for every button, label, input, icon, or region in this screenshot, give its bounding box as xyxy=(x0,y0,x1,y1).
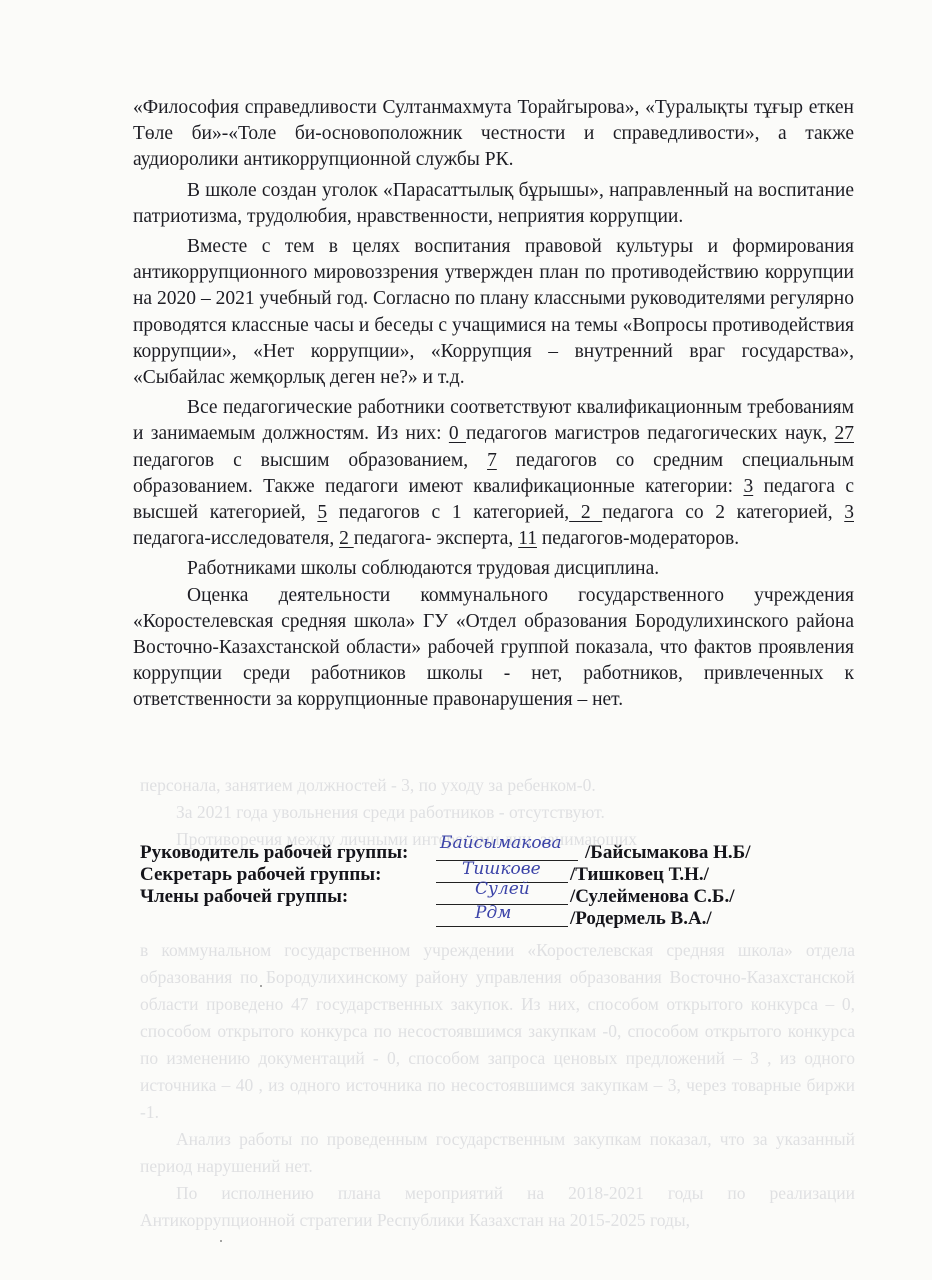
text: педагога со 2 категорией, xyxy=(602,502,844,523)
paragraph-labor-discipline: Работниками школы соблюдаются трудовая д… xyxy=(133,556,854,582)
count-masters: 0 xyxy=(449,423,466,444)
scan-speck xyxy=(260,985,262,987)
text: педагогов магистров педагогических наук, xyxy=(466,423,835,444)
ghost-line: За 2021 года увольнения среди работников… xyxy=(140,799,855,826)
handwritten-signature: Тишкове xyxy=(462,858,541,880)
paragraph-integrity-corner: В школе создан уголок «Парасаттылық бұры… xyxy=(133,178,854,230)
signatory-name: /Тишковец Т.Н./ xyxy=(570,864,709,886)
paragraph-staff-qualifications: Все педагогические работники соответству… xyxy=(133,395,854,552)
document-body: «Философия справедливости Султанмахмута … xyxy=(133,95,854,714)
handwritten-signature: Сулей xyxy=(475,878,530,900)
paragraph-evaluation-conclusion: Оценка деятельности коммунального госуда… xyxy=(133,583,854,714)
signatory-name: /Родермель В.А./ xyxy=(570,908,712,930)
ghost-line: персонала, занятием должностей - 3, по у… xyxy=(140,772,855,799)
text: педагогов с 1 категорией, xyxy=(327,502,569,523)
count-special-education: 7 xyxy=(487,450,497,471)
signatory-name: /Байсымакова Н.Б/ xyxy=(585,842,750,864)
count-experts: 2 xyxy=(339,528,354,549)
text: педагогов-модераторов. xyxy=(537,528,739,549)
paragraph-anticorruption-plan: Вместе с тем в целях воспитания правовой… xyxy=(133,234,854,391)
signature-role: Секретарь рабочей группы: xyxy=(140,864,381,886)
signature-row-member-2: Рдм /Родермель В.А./ xyxy=(140,908,860,930)
paragraph-audio-materials: «Философия справедливости Султанмахмута … xyxy=(133,95,854,174)
signature-role: Руководитель рабочей группы: xyxy=(140,842,408,864)
count-higher-education: 27 xyxy=(834,423,854,444)
count-first-category: 5 xyxy=(317,502,327,523)
ghost-line: в коммунальном государственном учреждени… xyxy=(140,937,855,1126)
signatory-name: /Сулейменова С.Б./ xyxy=(570,886,735,908)
count-moderators: 11 xyxy=(518,528,537,549)
scanned-document-page: персонала, занятием должностей - 3, по у… xyxy=(0,0,932,1280)
ghost-line: По исполнению плана мероприятий на 2018-… xyxy=(140,1180,855,1234)
signature-block: Руководитель рабочей группы: Байсымакова… xyxy=(140,842,860,930)
scan-speck xyxy=(220,1240,222,1242)
text: педагогов с высшим образованием, xyxy=(133,450,487,471)
signature-line xyxy=(436,926,568,927)
count-second-category: 2 xyxy=(569,502,602,523)
ghost-line: Анализ работы по проведенным государстве… xyxy=(140,1126,855,1180)
signature-role: Члены рабочей группы: xyxy=(140,886,348,908)
text: педагога- эксперта, xyxy=(354,528,518,549)
count-highest-category: 3 xyxy=(743,476,753,497)
text: педагога-исследователя, xyxy=(133,528,339,549)
handwritten-signature: Байсымакова xyxy=(440,832,562,854)
count-researchers: 3 xyxy=(844,502,854,523)
handwritten-signature: Рдм xyxy=(475,902,511,924)
